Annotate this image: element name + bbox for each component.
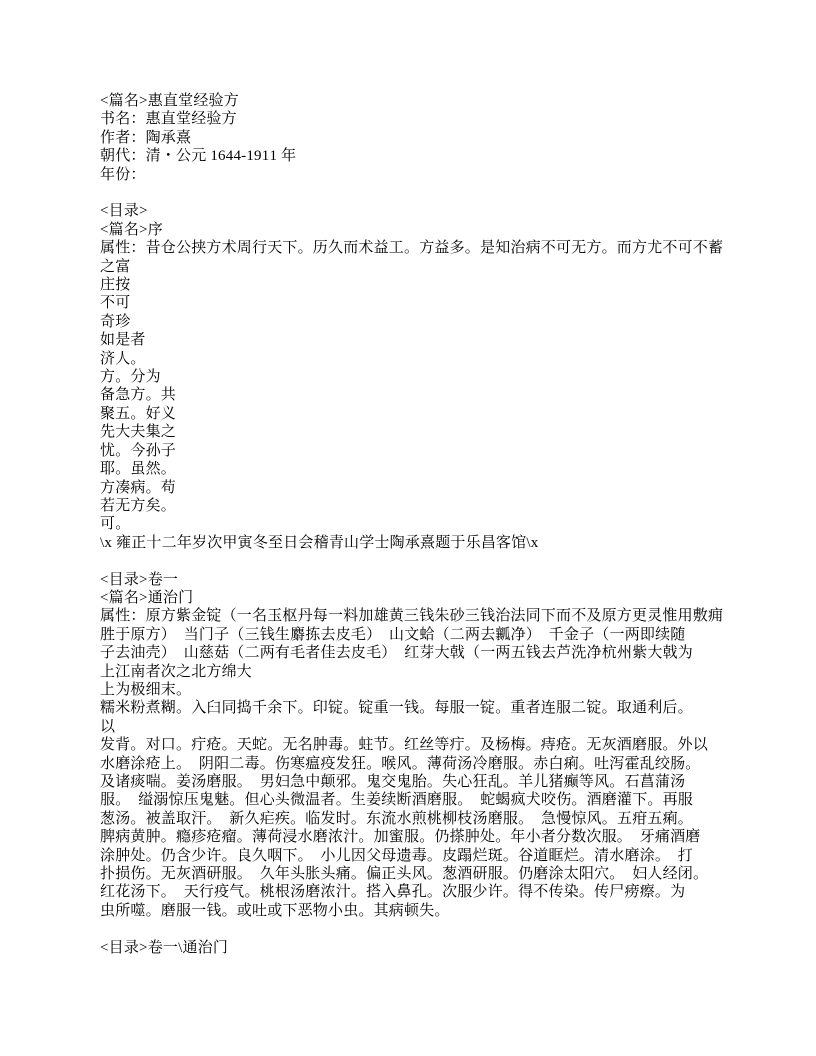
text-line: 脾病黄肿。瘾疹疮瘤。薄荷浸水磨浓汁。加蜜服。仍搽肿处。年小者分数次服。 牙痛酒磨 — [100, 828, 730, 846]
text-line: 葱汤。被盖取汗。 新久疟疾。临发时。东流水煎桃柳枝汤磨服。 急慢惊风。五疳五痢。 — [100, 810, 730, 828]
text-line: 子去油壳） 山慈菇（二两有毛者佳去皮毛） 红芽大戟（一两五钱去芦洗净杭州紫大戟为 — [100, 644, 730, 662]
text-line: 服。 缢溺惊压鬼魅。但心头微温者。生姜续断酒磨服。 蛇蝎疯犬咬伤。酒磨灌下。再服 — [100, 791, 730, 809]
text-line: 聚五。好义 — [100, 405, 730, 423]
text-line: 之富 — [100, 258, 730, 276]
text-line: 可。 — [100, 515, 730, 533]
text-line: 备急方。共 — [100, 386, 730, 404]
text-line: <目录>卷一\通治门 — [100, 939, 730, 957]
text-line: 上江南者次之北方绵大 — [100, 663, 730, 681]
text-line: 若无方矣。 — [100, 497, 730, 515]
section-juan1-tongzhimen: <目录>卷一<篇名>通治门属性：原方紫金锭（一名玉枢丹每一料加雄黄三钱朱砂三钱治… — [100, 571, 730, 921]
text-line: 作者：陶承熹 — [100, 129, 730, 147]
text-line: 胜于原方） 当门子（三钱生麝拣去皮毛） 山文蛤（二两去瓤净） 千金子（一两即续随 — [100, 626, 730, 644]
text-line: 及诸痰喘。姜汤磨服。 男妇急中颠邪。鬼交鬼胎。失心狂乱。羊儿猪癫等风。石菖蒲汤 — [100, 773, 730, 791]
text-line: 年份： — [100, 166, 730, 184]
text-line: 糯米粉煮糊。入臼同捣千余下。印锭。锭重一钱。每服一锭。重者连服二锭。取通利后。 — [100, 699, 730, 717]
text-line: <目录> — [100, 202, 730, 220]
text-line: 朝代：清・公元 1644-1911 年 — [100, 147, 730, 165]
text-line: 扑损伤。无灰酒研服。 久年头胀头痛。偏正头风。葱酒研服。仍磨涂太阳穴。 妇人经闭… — [100, 865, 730, 883]
text-line: 奇珍 — [100, 313, 730, 331]
section-footer-heading: <目录>卷一\通治门 — [100, 939, 730, 957]
text-line: 红花汤下。 天行疫气。桃根汤磨浓汁。搭入鼻孔。次服少许。得不传染。传尸痨瘵。为 — [100, 883, 730, 901]
document-body: <篇名>惠直堂经验方书名：惠直堂经验方作者：陶承熹朝代：清・公元 1644-19… — [100, 92, 730, 957]
text-line: 耶。虽然。 — [100, 460, 730, 478]
section-book-header: <篇名>惠直堂经验方书名：惠直堂经验方作者：陶承熹朝代：清・公元 1644-19… — [100, 92, 730, 184]
text-line: 不可 — [100, 294, 730, 312]
text-line: <篇名>通治门 — [100, 589, 730, 607]
text-line: 以 — [100, 718, 730, 736]
text-line: 上为极细末。 — [100, 681, 730, 699]
text-line: <篇名>序 — [100, 221, 730, 239]
text-line: \x 雍正十二年岁次甲寅冬至日会稽青山学士陶承熹题于乐昌客馆\x — [100, 534, 730, 552]
text-line: 庄按 — [100, 276, 730, 294]
text-line: 先大夫集之 — [100, 423, 730, 441]
text-line: 济人。 — [100, 350, 730, 368]
text-line: 方凑病。苟 — [100, 479, 730, 497]
text-line: 发背。对口。疔疮。天蛇。无名肿毒。蛀节。红丝等疔。及杨梅。痔疮。无灰酒磨服。外以 — [100, 736, 730, 754]
text-line: 书名：惠直堂经验方 — [100, 110, 730, 128]
document-page: <篇名>惠直堂经验方书名：惠直堂经验方作者：陶承熹朝代：清・公元 1644-19… — [0, 0, 816, 1056]
text-line: 方。分为 — [100, 368, 730, 386]
text-line: <目录>卷一 — [100, 571, 730, 589]
text-line: 如是者 — [100, 331, 730, 349]
text-line: 属性：原方紫金锭（一名玉枢丹每一料加雄黄三钱朱砂三钱治法同下而不及原方更灵惟用敷… — [100, 607, 730, 625]
text-line: 水磨涂疮上。 阴阳二毒。伤寒瘟疫发狂。喉风。薄荷汤冷磨服。赤白痢。吐泻霍乱绞肠。 — [100, 755, 730, 773]
text-line: 涂肿处。仍含少许。良久咽下。 小儿因父母遗毒。皮蹋烂斑。谷道眶烂。清水磨涂。 打 — [100, 847, 730, 865]
text-line: 忧。今孙子 — [100, 442, 730, 460]
section-preface: <目录><篇名>序属性：昔仓公挟方术周行天下。历久而术益工。方益多。是知治病不可… — [100, 202, 730, 552]
text-line: 虫所噬。磨服一钱。或吐或下恶物小虫。其病顿失。 — [100, 902, 730, 920]
text-line: 属性：昔仓公挟方术周行天下。历久而术益工。方益多。是知治病不可无方。而方尤不可不… — [100, 239, 730, 257]
text-line: <篇名>惠直堂经验方 — [100, 92, 730, 110]
